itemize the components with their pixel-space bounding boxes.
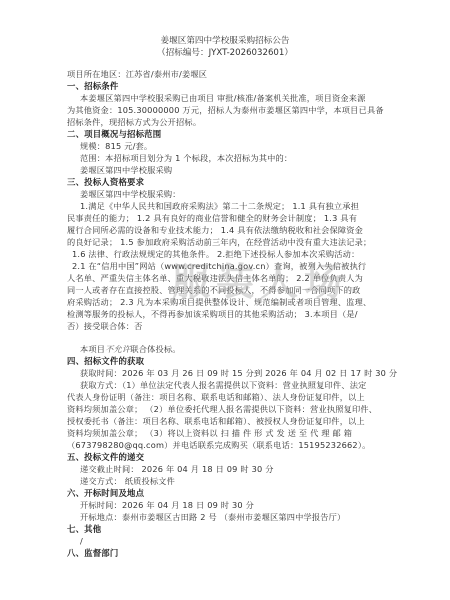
consortium-note-prefix: 本项目 (80, 344, 105, 354)
s4-line-1: 获取时间：2026 年 03 月 26 日 09 时 15 分到 2026 年 … (80, 368, 396, 379)
s5-line-1: 递交截止时间： 2026 年 04 月 18 日 09 时 30 分 (80, 464, 396, 475)
tender-number: （招标编号：JYXT-2026032601） (0, 48, 450, 59)
section-heading-8: 八、监督部门 (67, 548, 383, 559)
s2-line-1: 规模：815 元/套。 (80, 141, 396, 152)
s3-line-11: 检测等服务的投标人，不得再参加该采购项目的其他采购活动； 3.本项目（是/ (67, 309, 383, 320)
project-region: 项目所在地区：江苏省/泰州市/姜堰区 (67, 69, 383, 80)
s4-line-5: 授权委托书（备注：项目名称、联系电话和邮箱）、被授权人身份证复印件，以上 (67, 416, 383, 427)
s4-line-7: （673798280@qq.com）并电话联系完成购买（联系电话：1519523… (67, 440, 383, 451)
section-heading-6: 六、开标时间及地点 (67, 488, 383, 499)
section-heading-3: 三、投标人资格要求 (67, 177, 383, 188)
section-heading-5: 五、投标文件的递交 (67, 452, 383, 463)
s3-line-12: 否）接受联合体：否 (67, 321, 383, 332)
section-heading-2: 二、项目概况与招标范围 (67, 129, 383, 140)
section-heading-4: 四、招标文件的获取 (67, 356, 383, 367)
s5-line-2: 递交方式： 纸质投标文件 (80, 476, 396, 487)
s6-line-2: 开标地点：泰州市姜堰区古田路 2 号 （泰州市姜堰区第四中学报告厅） (80, 512, 396, 523)
s2-line-3: 姜堰区第四中学校服采购 (80, 165, 396, 176)
document-page: 姜堰区第四中学校服采购招标公告 （招标编号：JYXT-2026032601） 项… (0, 0, 450, 600)
section-heading-7: 七、其他 (67, 524, 383, 535)
s3-line-1: 姜堰区第四中学校服采购： (80, 189, 396, 200)
s3-line-3: 民事责任的能力； 1.2 具有良好的商业信誉和健全的财务会计制度； 1.3 具有 (67, 213, 383, 224)
s1-line-3: 招标条件，现招标方式为公开招标。 (67, 117, 383, 128)
s3-line-4: 履行合同所必需的设备和专业技术能力； 1.4 具有依法缴纳税收和社会保障资金 (67, 225, 383, 236)
consortium-note-suffix: 联合体投标。 (130, 344, 180, 354)
s2-line-2: 范围：本招标项目划分为 1 个标段，本次招标为其中的： (80, 153, 396, 164)
s3-line-5: 的良好记录； 1.5 参加政府采购活动前三年内，在经营活动中没有重大违法记录； (67, 237, 383, 248)
document-title: 姜堰区第四中学校服采购招标公告 (0, 36, 450, 47)
consortium-note-italic: 不允许 (105, 344, 130, 354)
s3-line-6: 1.6 法律、行政法规规定的其他条件。 2.拒绝下述投标人参加本次采购活动： (72, 249, 388, 260)
section-heading-1: 一、招标条件 (67, 81, 383, 92)
s4-line-6: 资料均须加盖公章； （3）将以上资料以 扫 描 件 形 式 发 送 至 代 理 … (67, 428, 383, 439)
watermark: 服装人场 (172, 262, 348, 302)
consortium-note: 本项目不允许联合体投标。 (80, 344, 396, 355)
s1-line-2: 为其他资金：105.30000000 万元，招标人为泰州市姜堰区第四中学，本项目… (67, 105, 383, 116)
s4-line-4: 资料均须加盖公章； （2）单位委托代理人报名需提供以下资料：营业执照复印件、 (67, 404, 383, 415)
s4-line-2: 获取方式：（1）单位法定代表人报名需提供以下资料：营业执照复印件、法定 (80, 380, 396, 391)
s6-line-1: 开标时间：2026 年 04 月 18 日 09 时 30 分 (80, 500, 396, 511)
s3-line-2: 1.满足《中华人民共和国政府采购法》第二十二条规定； 1.1 具有独立承担 (80, 201, 396, 212)
s7-line-1: / (80, 536, 396, 547)
s4-line-3: 代表人身份证明（备注：项目名称、联系电话和邮箱）、法人身份证复印件，以上 (67, 392, 383, 403)
s1-line-1: 本姜堰区第四中学校服采购已由项目 审批/核准/备案机关批准，项目资金来源 (80, 93, 383, 104)
